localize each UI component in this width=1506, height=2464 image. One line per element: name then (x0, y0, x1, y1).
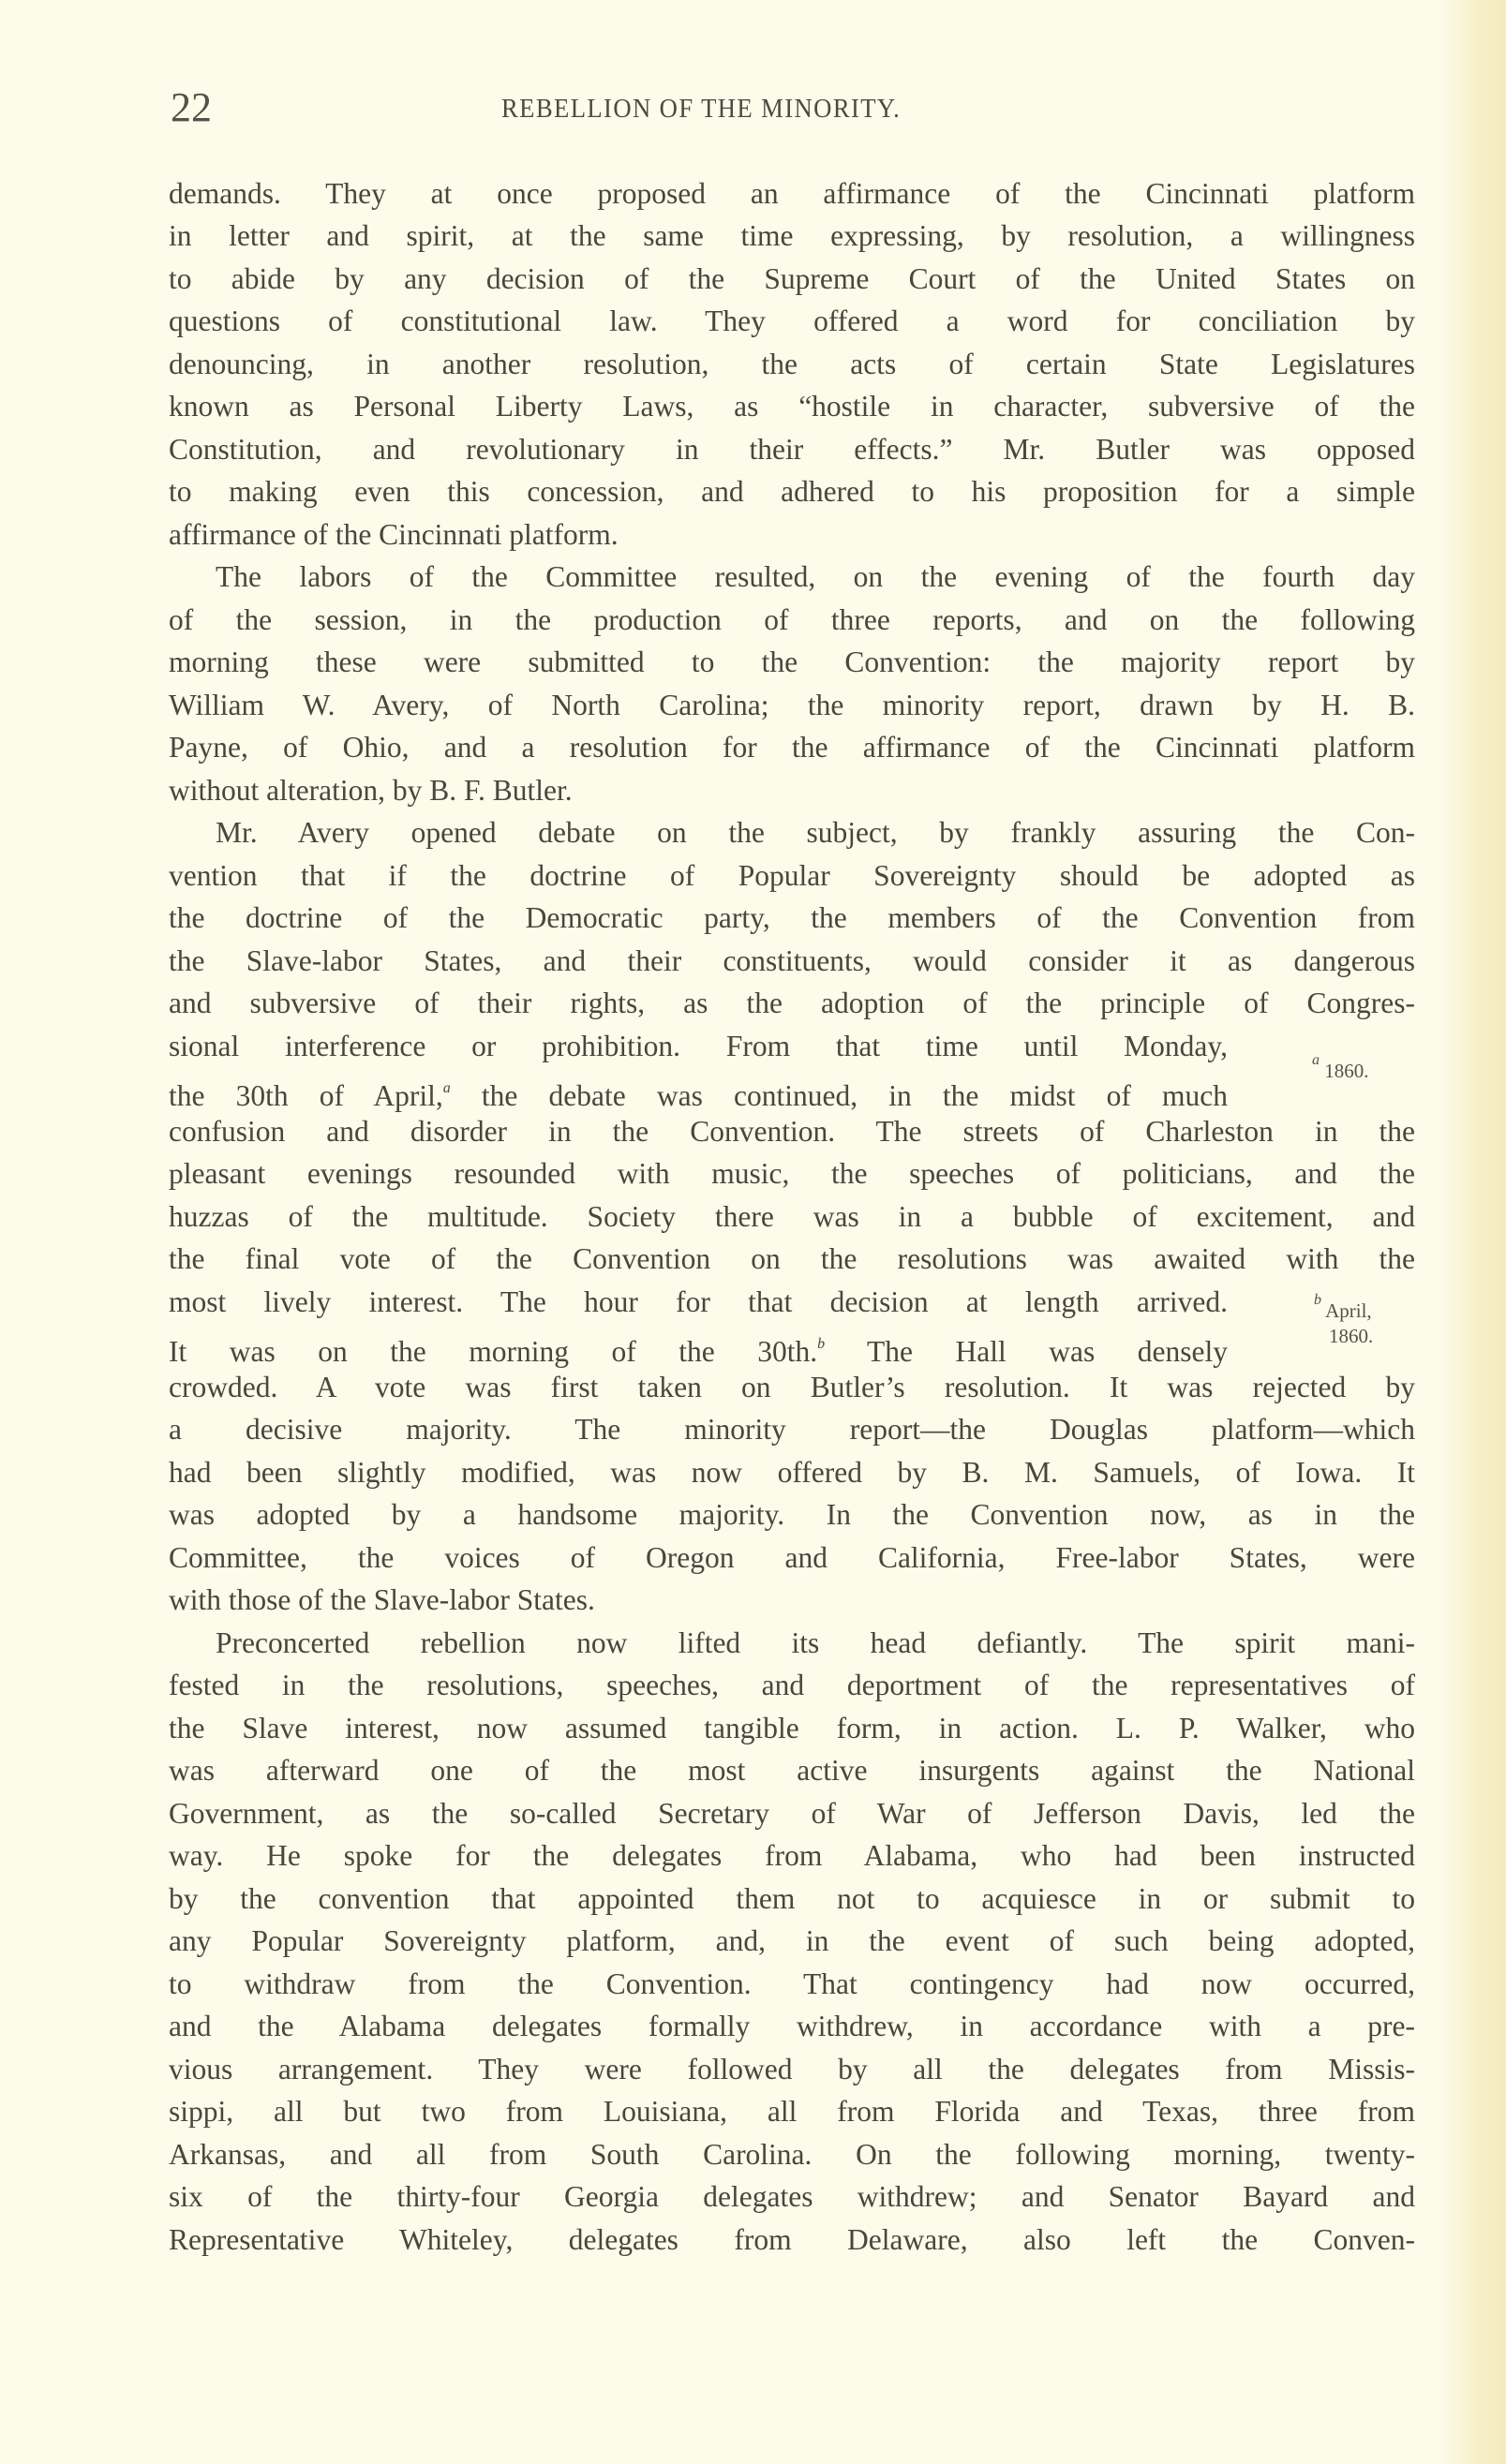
page-edge-shading (1440, 0, 1506, 2464)
text-line: Payne, of Ohio, and a resolution for the… (169, 729, 1415, 766)
text-line: the final vote of the Convention on the … (169, 1240, 1415, 1278)
text-line: to abide by any decision of the Supreme … (169, 260, 1415, 298)
text-line: questions of constitutional law. They of… (169, 303, 1415, 340)
text-line: huzzas of the multitude. Society there w… (169, 1198, 1415, 1236)
text-line: Mr. Avery opened debate on the subject, … (216, 814, 1415, 852)
text-line: It was on the morning of the 30th.b The … (169, 1326, 1228, 1363)
text-line: in letter and spirit, at the same time e… (169, 217, 1415, 255)
page-number: 22 (171, 84, 212, 131)
text-line: was afterward one of the most active ins… (169, 1752, 1415, 1789)
text-line: confusion and disorder in the Convention… (169, 1113, 1415, 1150)
text-line: sional interference or prohibition. From… (169, 1028, 1228, 1065)
text-line: the doctrine of the Democratic party, th… (169, 899, 1415, 937)
text-fragment: It was on the morning of the 30th. (169, 1335, 817, 1368)
text-fragment: the 30th of April, (169, 1079, 443, 1112)
text-fragment: The Hall was densely (825, 1335, 1228, 1368)
margin-note-text: 1860. (1329, 1325, 1373, 1347)
page-header: 22 REBELLION OF THE MINORITY. (141, 84, 1415, 131)
text-line: most lively interest. The hour for that … (169, 1284, 1228, 1321)
text-line: and subversive of their rights, as the a… (169, 985, 1415, 1022)
text-line: way. He spoke for the delegates from Ala… (169, 1837, 1415, 1875)
text-line: vious arrangement. They were followed by… (169, 2051, 1415, 2088)
margin-note-mark: b (1314, 1292, 1321, 1308)
text-line: any Popular Sovereignty platform, and, i… (169, 1922, 1415, 1960)
text-line: the 30th of April,a the debate was conti… (169, 1070, 1228, 1107)
text-line: crowded. A vote was first taken on Butle… (169, 1369, 1415, 1406)
text-line: fested in the resolutions, speeches, and… (169, 1667, 1415, 1704)
text-line: and the Alabama delegates formally withd… (169, 2008, 1415, 2045)
margin-note-b: b April, (1314, 1287, 1372, 1324)
margin-note-a: a 1860. (1312, 1047, 1369, 1084)
text-line: known as Personal Liberty Laws, as “host… (169, 388, 1415, 425)
text-line: a decisive majority. The minority report… (169, 1411, 1415, 1448)
margin-note-b-year: 1860. (1329, 1323, 1373, 1349)
footnote-mark-b: b (817, 1336, 825, 1352)
text-line: of the session, in the production of thr… (169, 601, 1415, 639)
text-line: the Slave interest, now assumed tangible… (169, 1710, 1415, 1747)
running-title: REBELLION OF THE MINORITY. (501, 90, 901, 127)
margin-note-text: April, (1325, 1299, 1372, 1322)
text-line: Constitution, and revolutionary in their… (169, 431, 1415, 468)
text-line: demands. They at once proposed an affirm… (169, 175, 1415, 213)
text-line: without alteration, by B. F. Butler. (169, 772, 1415, 809)
text-line: Government, as the so-called Secretary o… (169, 1795, 1415, 1833)
text-line: the Slave-labor States, and their consti… (169, 943, 1415, 980)
text-line: was adopted by a handsome majority. In t… (169, 1496, 1415, 1534)
text-fragment: the debate was continued, in the midst o… (451, 1079, 1228, 1112)
margin-note-mark: a (1312, 1052, 1320, 1068)
text-line: denouncing, in another resolution, the a… (169, 346, 1415, 383)
text-line: six of the thirty-four Georgia delegates… (169, 2178, 1415, 2216)
text-line: vention that if the doctrine of Popular … (169, 857, 1415, 895)
text-line: sippi, all but two from Louisiana, all f… (169, 2093, 1415, 2130)
text-line: Committee, the voices of Oregon and Cali… (169, 1539, 1415, 1577)
text-line: Preconcerted rebellion now lifted its he… (216, 1625, 1415, 1662)
footnote-mark-a: a (443, 1080, 451, 1096)
text-line: with those of the Slave-labor States. (169, 1581, 1415, 1619)
text-line: by the convention that appointed them no… (169, 1880, 1415, 1918)
margin-note-text: 1860. (1324, 1060, 1368, 1082)
text-line: to withdraw from the Convention. That co… (169, 1966, 1415, 2003)
text-line: William W. Avery, of North Carolina; the… (169, 687, 1415, 724)
text-line: Arkansas, and all from South Carolina. O… (169, 2136, 1415, 2174)
text-line: pleasant evenings resounded with music, … (169, 1155, 1415, 1193)
text-line: had been slightly modified, was now offe… (169, 1454, 1415, 1492)
text-line: morning these were submitted to the Conv… (169, 644, 1415, 681)
text-line: affirmance of the Cincinnati platform. (169, 516, 1415, 554)
text-line: The labors of the Committee resulted, on… (216, 558, 1415, 596)
text-line: Representative Whiteley, delegates from … (169, 2221, 1415, 2259)
text-line: to making even this concession, and adhe… (169, 473, 1415, 511)
